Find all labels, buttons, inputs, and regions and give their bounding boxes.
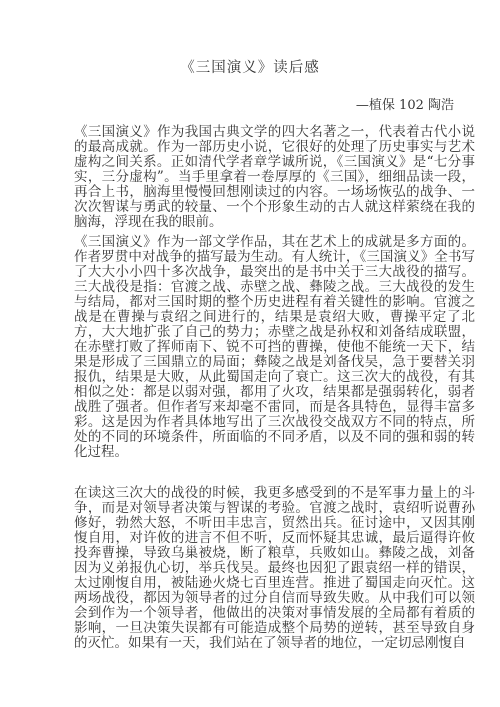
document-page: 《三国演义》读后感 —植保 102 陶浩 《三国演义》作为我国古典文学的四大名著… [0, 0, 500, 707]
essay-byline: —植保 102 陶浩 [0, 94, 500, 113]
essay-paragraph: 《三国演义》作为一部文学作品，其在艺术上的成就是多方面的。作者罗贯中对战争的描写… [74, 235, 475, 460]
essay-body: 《三国演义》作为我国古典文学的四大名著之一，代表着古代小说的最高成就。作为一部历… [74, 125, 475, 651]
essay-paragraph: 《三国演义》作为我国古典文学的四大名著之一，代表着古代小说的最高成就。作为一部历… [74, 125, 475, 230]
essay-paragraph: 在读这三次大的战役的时候，我更多感受到的不是军事力量上的斗争，而是对领导者决策与… [74, 486, 475, 651]
essay-title: 《三国演义》读后感 [0, 0, 500, 77]
